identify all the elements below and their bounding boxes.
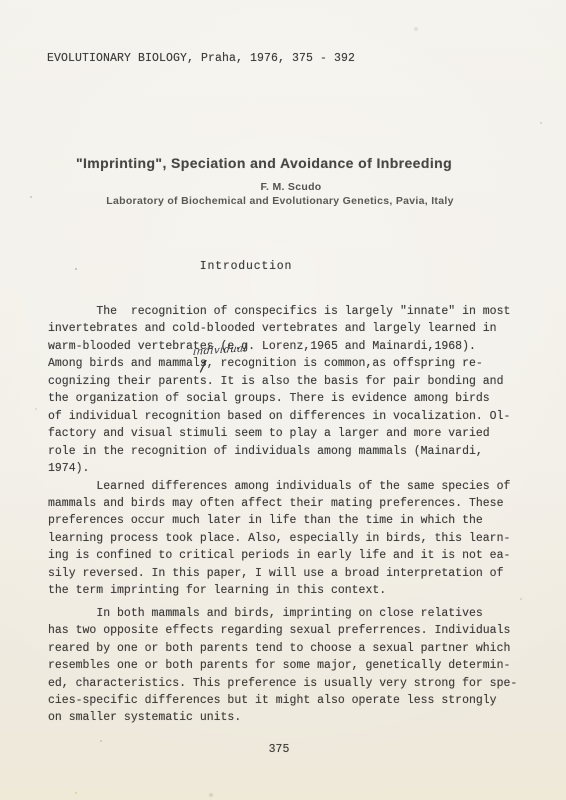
author-affiliation: Laboratory of Biochemical and Evolutiona… [0, 195, 563, 207]
paragraph-1: The recognition of conspecifics is large… [48, 303, 553, 478]
paper-speckles [75, 268, 77, 270]
page-number: 375 [0, 743, 562, 756]
paper-title: "Imprinting", Speciation and Avoidance o… [0, 155, 547, 171]
author-name: F. M. Scudo [8, 181, 566, 193]
paragraph-3: In both mammals and birds, imprinting on… [48, 605, 553, 727]
body-text: The recognition of conspecifics is large… [48, 303, 553, 727]
insertion-caret-icon [198, 357, 210, 373]
scanned-paper-page: EVOLUTIONARY BIOLOGY, Praha, 1976, 375 -… [0, 0, 566, 800]
section-heading-introduction: Introduction [0, 260, 529, 273]
journal-header: EVOLUTIONARY BIOLOGY, Praha, 1976, 375 -… [47, 52, 355, 65]
paragraph-2: Learned differences among individuals of… [48, 478, 553, 600]
